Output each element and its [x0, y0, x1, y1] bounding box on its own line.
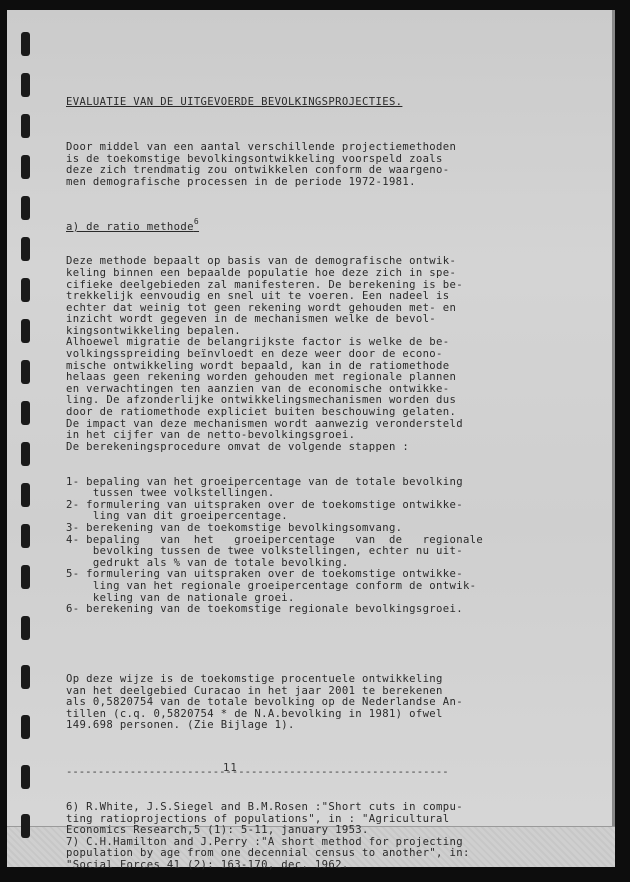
step-item-line: 3- berekening van de toekomstige bevolki…	[66, 523, 536, 535]
page-number: 11	[223, 762, 238, 774]
footnote-line: 6) R.White, J.S.Siegel and B.M.Rosen :"S…	[66, 802, 536, 814]
binder-hole	[21, 616, 30, 640]
text-line: De berekeningsprocedure omvat de volgend…	[66, 442, 536, 454]
binder-hole	[21, 765, 30, 789]
document-title: EVALUATIE VAN DE UITGEVOERDE BEVOLKINGSP…	[66, 97, 536, 109]
binder-hole	[21, 155, 30, 179]
paper-edge	[612, 10, 615, 866]
binder-hole	[21, 73, 30, 97]
section-heading-text: a) de ratio methode	[66, 221, 194, 233]
binder-hole	[21, 360, 30, 384]
binder-hole	[21, 665, 30, 689]
footnote-ref: 6	[194, 217, 199, 226]
document-body: EVALUATIE VAN DE UITGEVOERDE BEVOLKINGSP…	[66, 74, 536, 882]
text-line: Door middel van een aantal verschillende…	[66, 142, 536, 154]
text-line: 149.698 personen. (Zie Bijlage 1).	[66, 720, 536, 732]
conclusion-paragraph: Op deze wijze is de toekomstige procentu…	[66, 674, 536, 732]
text-line: door de ratiomethode expliciet buiten be…	[66, 407, 536, 419]
binder-hole	[21, 32, 30, 56]
binder-hole	[21, 278, 30, 302]
step-item-line: ling van het regionale groeipercentage c…	[66, 581, 536, 593]
binder-hole	[21, 237, 30, 261]
binder-hole	[21, 196, 30, 220]
binder-hole	[21, 319, 30, 343]
step-item-line: 6- berekening van de toekomstige regiona…	[66, 604, 536, 616]
step-item-line: bevolking tussen de twee volkstellingen,…	[66, 546, 536, 558]
text-line: men demografische processen in de period…	[66, 177, 536, 189]
body-paragraph: Deze methode bepaalt op basis van de dem…	[66, 256, 536, 453]
binder-hole	[21, 483, 30, 507]
binder-hole	[21, 565, 30, 589]
binder-hole	[21, 814, 30, 838]
text-line: trekkelijk eenvoudig en snel uit te voer…	[66, 291, 536, 303]
binder-hole	[21, 114, 30, 138]
section-heading: a) de ratio methode6	[66, 222, 536, 234]
text-line: deze zich trendmatig zou ontwikkelen con…	[66, 165, 536, 177]
binder-hole	[21, 715, 30, 739]
intro-paragraph: Door middel van een aantal verschillende…	[66, 142, 536, 188]
footnotes: 6) R.White, J.S.Siegel and B.M.Rosen :"S…	[66, 802, 536, 872]
text-line: keling binnen een bepaalde populatie hoe…	[66, 268, 536, 280]
footnote-line: "Social Forces 41 (2): 163-170, dec. 196…	[66, 860, 536, 872]
binder-hole	[21, 442, 30, 466]
binder-hole	[21, 524, 30, 548]
text-line: volkingsspreiding beïnvloedt en deze wee…	[66, 349, 536, 361]
text-line: Op deze wijze is de toekomstige procentu…	[66, 674, 536, 686]
binder-hole	[21, 401, 30, 425]
steps-list: 1- bepaling van het groeipercentage van …	[66, 477, 536, 616]
footnote-divider: ----------------------------------------…	[66, 767, 536, 779]
